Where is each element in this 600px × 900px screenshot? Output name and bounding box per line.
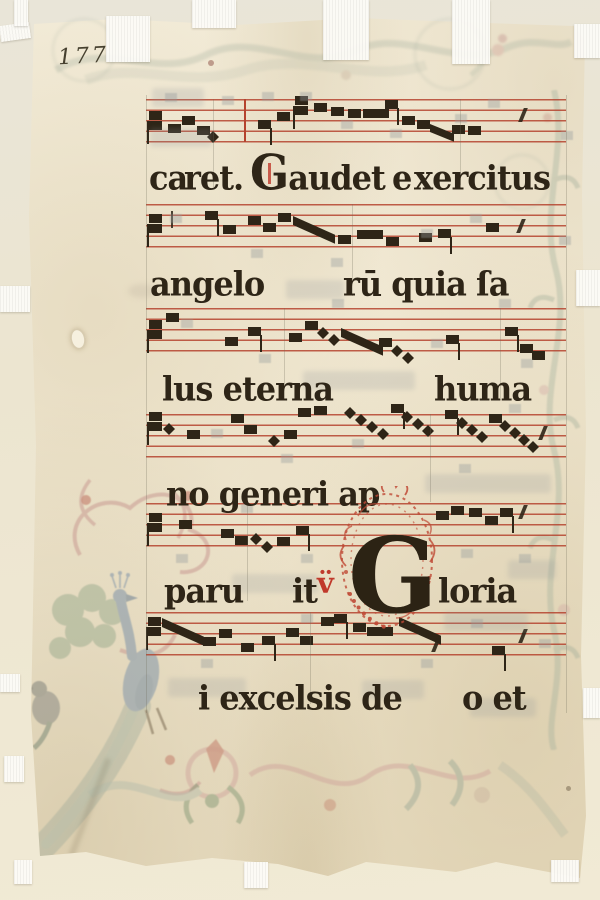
- neume-p: [203, 637, 216, 646]
- neume-v: [262, 636, 275, 645]
- mounting-tape: [452, 0, 490, 64]
- chant-word: e: [392, 158, 411, 198]
- bleedthrough-note: [281, 454, 293, 463]
- neume-p: [278, 213, 291, 222]
- neume-p: [452, 125, 465, 134]
- chant-text-line-1: ca ret. Gaudet e xercitus: [146, 152, 576, 198]
- bleedthrough-note: [539, 639, 551, 648]
- neume-p: [219, 629, 232, 638]
- bleedthrough-note: [211, 429, 223, 438]
- mounting-tape: [14, 0, 28, 26]
- neume-p: [221, 529, 234, 538]
- neume-p: [225, 337, 238, 346]
- mounting-tape: [583, 688, 600, 718]
- chant-word: paru: [164, 571, 243, 611]
- bleedthrough-note: [421, 659, 433, 668]
- neume-p: [187, 430, 200, 439]
- bleedthrough-note: [455, 114, 467, 123]
- neume-p: [300, 636, 313, 645]
- neume-p: [298, 408, 311, 417]
- bleedthrough-note: [262, 92, 274, 101]
- folio-number: 177: [57, 43, 109, 71]
- neume-rbl: [244, 99, 246, 142]
- music-notation-layer: [0, 0, 600, 900]
- neume-pd: [149, 513, 162, 522]
- bleedthrough-note: [421, 229, 433, 238]
- bleedthrough-note: [341, 120, 353, 129]
- neume-p: [489, 414, 502, 423]
- chant-text-line-6: i excelsis de o et: [146, 672, 576, 718]
- neume-p: [277, 112, 290, 121]
- neume-p: [182, 116, 195, 125]
- bleedthrough-note: [461, 549, 473, 558]
- chant-word: huma: [434, 369, 531, 409]
- bleedthrough-note: [561, 131, 573, 140]
- neume-p: [179, 520, 192, 529]
- chant-word: it: [292, 571, 317, 611]
- neume-p: [485, 516, 498, 525]
- chant-word: lus eterna: [162, 369, 333, 409]
- neume-p: [166, 313, 179, 322]
- chant-word: ret.: [184, 158, 243, 198]
- chant-word: ca: [149, 158, 187, 198]
- neume-p: [286, 628, 299, 637]
- bleedthrough-note: [201, 659, 213, 668]
- music-staff: [146, 308, 566, 352]
- neume-p: [231, 414, 244, 423]
- chant-text-line-3: lus eterna huma: [146, 363, 576, 409]
- mounting-tape: [0, 286, 30, 312]
- rubrication-stroke: [268, 163, 271, 184]
- bleedthrough-note: [488, 99, 500, 108]
- neume-p: [338, 235, 351, 244]
- mounting-tape: [551, 860, 579, 882]
- neume-p: [331, 107, 344, 116]
- mounting-tape: [576, 270, 600, 306]
- mounting-tape: [14, 860, 32, 884]
- neume-p: [532, 351, 545, 360]
- neume-p: [289, 333, 302, 342]
- chant-word: o et: [462, 678, 526, 718]
- neume-v: [446, 335, 459, 344]
- chant-word: i excelsis de: [198, 678, 402, 718]
- photograph-background: 177 ca ret. Gaudet e xercitus angelo rū …: [0, 0, 600, 900]
- neume-p: [348, 109, 361, 118]
- bleedthrough-text: [150, 128, 212, 147]
- neume-pr: [357, 230, 383, 239]
- neume-p: [277, 537, 290, 546]
- neume-p: [402, 116, 415, 125]
- bleedthrough-note: [251, 249, 263, 258]
- bleedthrough-note: [431, 339, 443, 348]
- bleedthrough-note: [181, 319, 193, 328]
- neume-p: [241, 643, 254, 652]
- neume-p: [263, 223, 276, 232]
- mounting-tape: [192, 0, 236, 28]
- bleedthrough-note: [170, 214, 182, 223]
- versicle-mark: v̈: [317, 566, 334, 600]
- chant-word: xercitus: [414, 158, 550, 198]
- neume-pr: [363, 109, 389, 118]
- bleedthrough-note: [352, 439, 364, 448]
- neume-p: [248, 216, 261, 225]
- bleedthrough-note: [259, 354, 271, 363]
- neume-v: [248, 327, 261, 336]
- bleedthrough-note: [222, 96, 234, 105]
- neume-v: [205, 211, 218, 220]
- mounting-tape: [244, 862, 268, 888]
- decorated-initial-G: G: [336, 486, 438, 634]
- bleedthrough-note: [301, 554, 313, 563]
- neume-v: [258, 120, 271, 129]
- bleedthrough-note: [301, 614, 313, 623]
- neume-pd: [149, 412, 162, 421]
- bleedthrough-note: [176, 554, 188, 563]
- neume-pd: [149, 320, 162, 329]
- bleedthrough-note: [300, 92, 312, 101]
- neume-v: [385, 100, 398, 109]
- chant-word: rū quia ſa: [343, 264, 508, 304]
- neume-p: [417, 120, 430, 129]
- neume-p: [284, 430, 297, 439]
- chant-text-line-2: angelo rū quia ſa: [146, 258, 576, 304]
- bleedthrough-note: [390, 129, 402, 138]
- neume-p: [305, 321, 318, 330]
- mounting-tape: [4, 756, 24, 782]
- neume-p: [468, 126, 481, 135]
- neume-p: [244, 425, 257, 434]
- bleedthrough-text: [152, 88, 204, 107]
- neume-pd: [148, 617, 161, 626]
- mounting-tape: [106, 16, 150, 62]
- neume-p: [386, 237, 399, 246]
- bleedthrough-note: [559, 236, 571, 245]
- neume-pd: [149, 111, 162, 120]
- neume-v: [505, 327, 518, 336]
- bleedthrough-note: [470, 214, 482, 223]
- mounting-tape: [574, 24, 600, 58]
- initial-letter: G: [348, 524, 437, 628]
- neume-v: [438, 229, 451, 238]
- chant-word: loria: [438, 571, 516, 611]
- neume-p: [379, 338, 392, 347]
- neume-p: [321, 617, 334, 626]
- mounting-tape: [0, 674, 20, 692]
- bleedthrough-text: [444, 612, 528, 631]
- neume-p: [223, 225, 236, 234]
- neume-v: [492, 646, 505, 655]
- neume-v: [296, 526, 309, 535]
- neume-p: [486, 223, 499, 232]
- chant-word: angelo: [150, 264, 264, 304]
- neume-v: [445, 410, 458, 419]
- neume-p: [314, 103, 327, 112]
- mounting-tape: [323, 0, 369, 60]
- neume-pd: [149, 214, 162, 223]
